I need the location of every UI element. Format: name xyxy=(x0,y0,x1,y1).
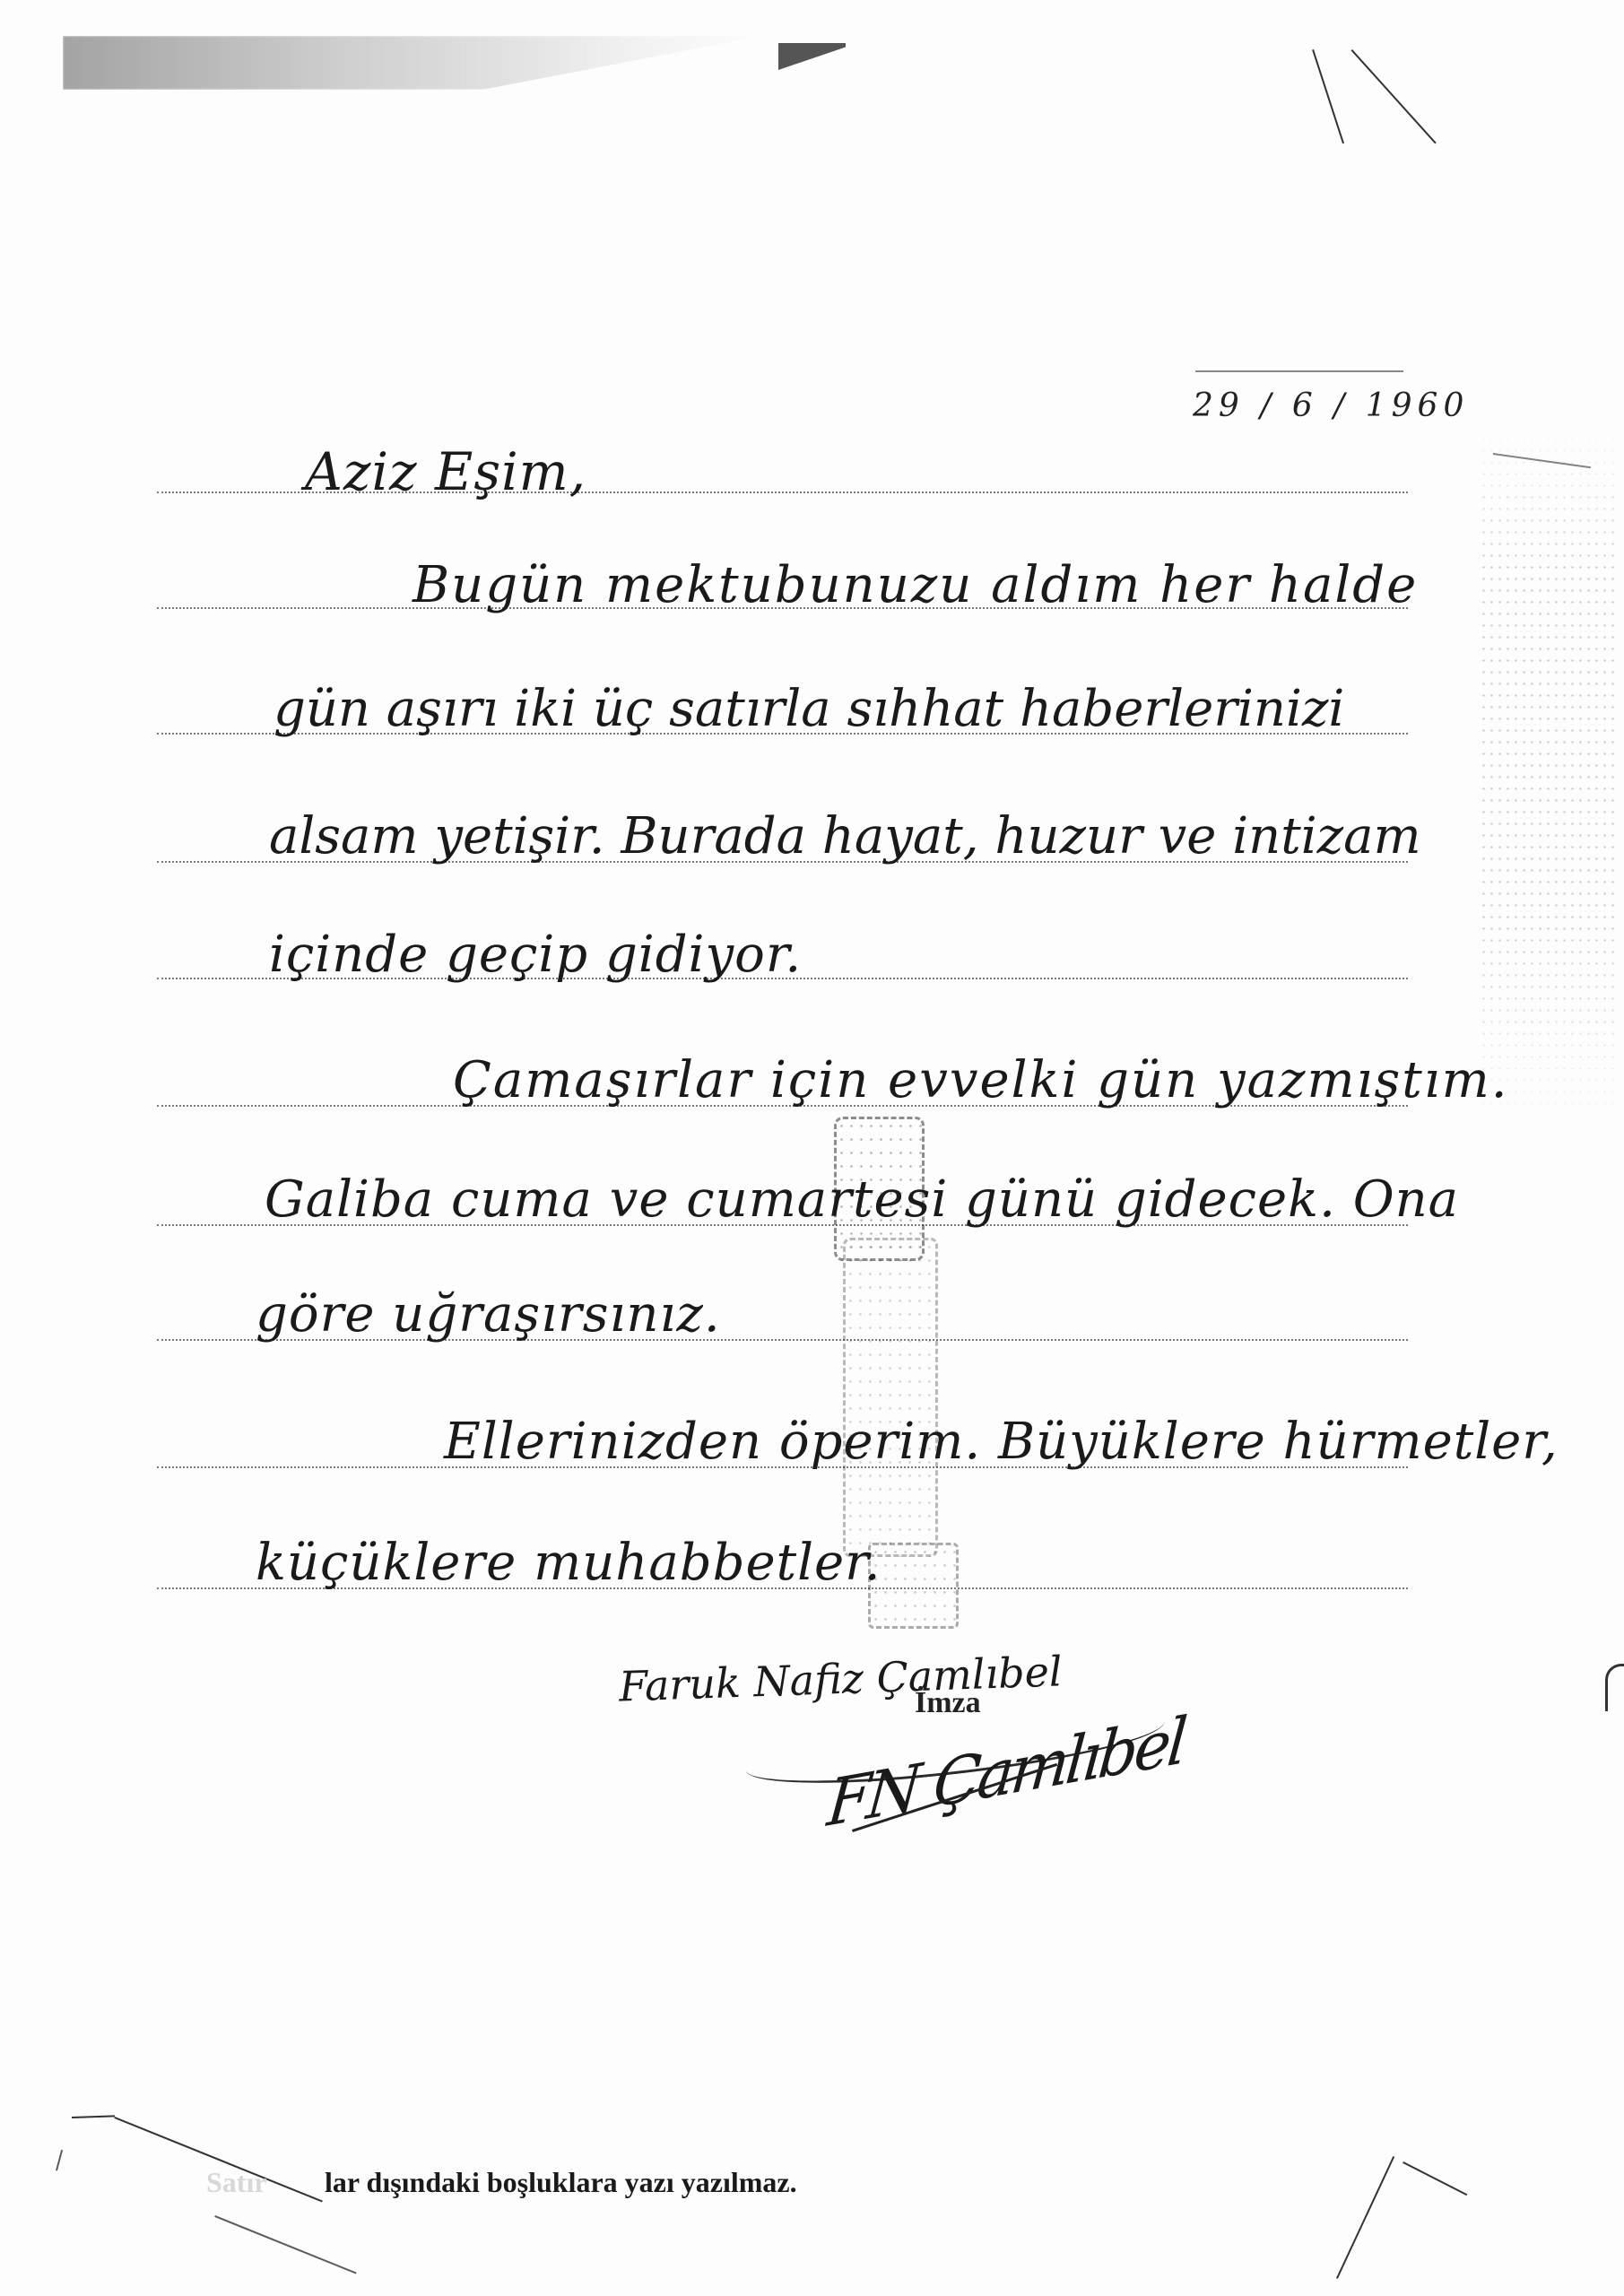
salutation: Aziz Eşim, xyxy=(305,441,586,502)
footer-note-faded: Satır xyxy=(206,2166,267,2199)
footer-note: lar dışındaki boşluklara yazı yazılmaz. xyxy=(325,2166,797,2199)
official-stamp-tail xyxy=(868,1543,959,1629)
letter-line-4: içinde geçip gidiyor. xyxy=(269,926,802,984)
date-rule xyxy=(1195,370,1403,372)
fold-line-bottom-left-1 xyxy=(72,2115,115,2118)
letter-line-9: küçüklere muhabbetler. xyxy=(256,1534,881,1592)
letter-line-5: Çamaşırlar için evvelki gün yazmıştım. xyxy=(453,1051,1509,1109)
scan-noise-right-edge xyxy=(1480,422,1614,1139)
letter-line-8: Ellerinizden öperim. Büyüklere hürmetler… xyxy=(444,1413,1559,1471)
fold-line-top-right-1 xyxy=(1312,49,1344,143)
fold-line-bottom-left-edge xyxy=(56,2150,63,2171)
official-stamp-lower xyxy=(843,1238,938,1557)
letter-date: 29 / 6 / 1960 xyxy=(1193,387,1469,424)
letter-line-3: alsam yetişir. Burada hayat, huzur ve in… xyxy=(269,807,1421,865)
scan-shadow-top xyxy=(63,36,762,90)
scan-artifact-top xyxy=(778,43,846,70)
fold-line-bottom-left-3 xyxy=(214,2215,356,2274)
fold-line-top-right-2 xyxy=(1351,49,1437,143)
scanned-letter-page: 29 / 6 / 1960 Aziz Eşim, Bugün mektubunu… xyxy=(0,0,1624,2296)
letter-line-1: Bugün mektubunuzu aldım her halde xyxy=(413,556,1418,614)
letter-line-2: gün aşırı iki üç satırla sıhhat haberler… xyxy=(274,680,1344,738)
margin-mark-right xyxy=(1605,1664,1624,1711)
signatory-name: Faruk Nafiz Çamlıbel xyxy=(618,1647,1063,1710)
fold-line-bottom-right-2 xyxy=(1403,2161,1467,2196)
letter-line-7: göre uğraşırsınız. xyxy=(256,1285,721,1344)
fold-line-bottom-right-1 xyxy=(1336,2156,1394,2279)
letter-line-6: Galiba cuma ve cumartesi günü gidecek. O… xyxy=(265,1170,1459,1229)
